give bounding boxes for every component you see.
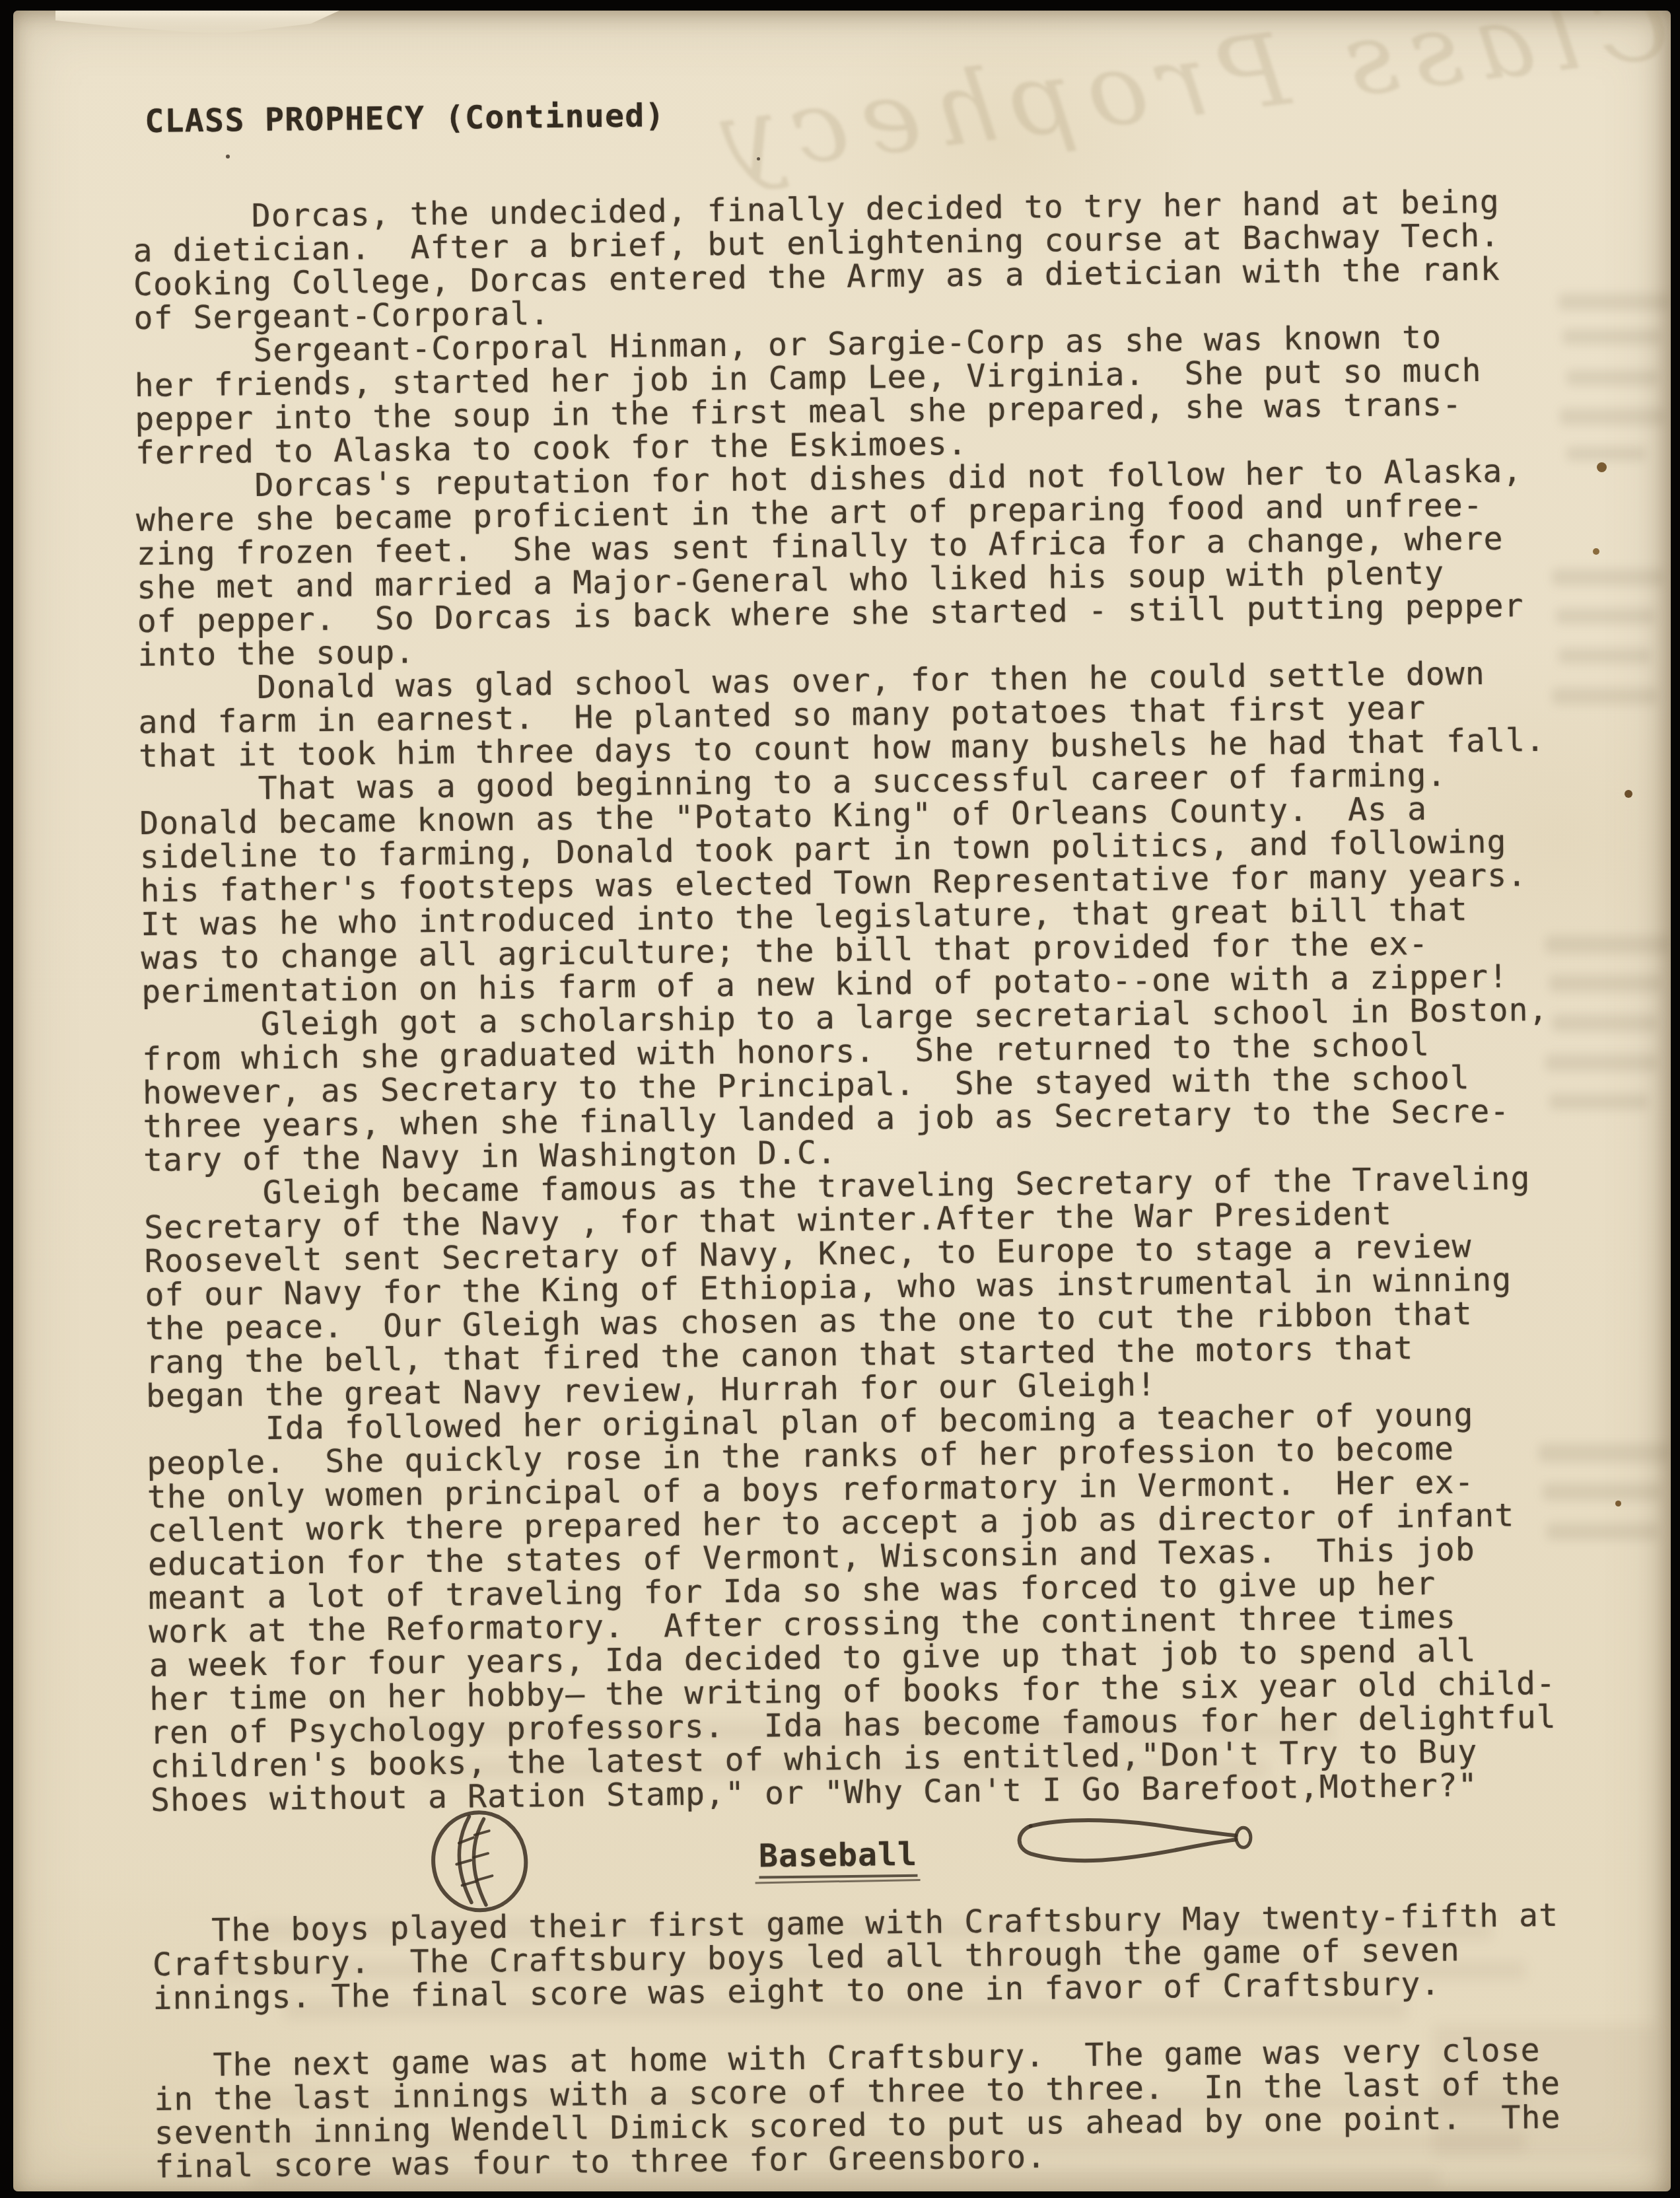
paragraph-dorcas-2: Sergeant-Corporal Hinman, or Sargie-Corp…	[134, 318, 1654, 470]
paragraph-gleigh-1: Gleigh got a scholarship to a large secr…	[142, 992, 1663, 1178]
typed-text-block: CLASS PROPHECY (Continued) Dorcas, the u…	[131, 88, 1671, 2184]
scanned-document-photo: { "page": { "title": "CLASS PROPHECY (Co…	[0, 0, 1680, 2198]
baseball-icon	[427, 1808, 532, 1915]
page-title: CLASS PROPHECY (Continued)	[145, 88, 1650, 139]
paragraph-baseball-game-1: The boys played their first game with Cr…	[152, 1897, 1671, 2016]
document-page: Class Prophecy	[13, 11, 1671, 2191]
photo-frame: Class Prophecy	[0, 0, 1680, 2198]
section-heading-baseball: Baseball	[759, 1838, 918, 1879]
paragraph-donald-1: Donald was glad school was over, for the…	[138, 655, 1658, 773]
paragraph-baseball-game-2: The next game was at home with Craftsbur…	[153, 2032, 1671, 2184]
paper-tear-chip	[55, 11, 339, 34]
paragraph-donald-2: That was a good beginning to a successfu…	[139, 756, 1660, 1009]
paragraph-dorcas-1: Dorcas, the undecided, finally decided t…	[133, 184, 1653, 336]
baseball-bat-icon	[1008, 1809, 1266, 1878]
paragraph-gleigh-2: Gleigh became famous as the traveling Se…	[143, 1160, 1665, 1413]
paragraph-ida: Ida followed her original plan of becomi…	[146, 1396, 1669, 1818]
baseball-heading-row: Baseball	[151, 1829, 1670, 1880]
paragraph-dorcas-3: Dorcas's reputation for hot dishes did n…	[135, 453, 1656, 672]
